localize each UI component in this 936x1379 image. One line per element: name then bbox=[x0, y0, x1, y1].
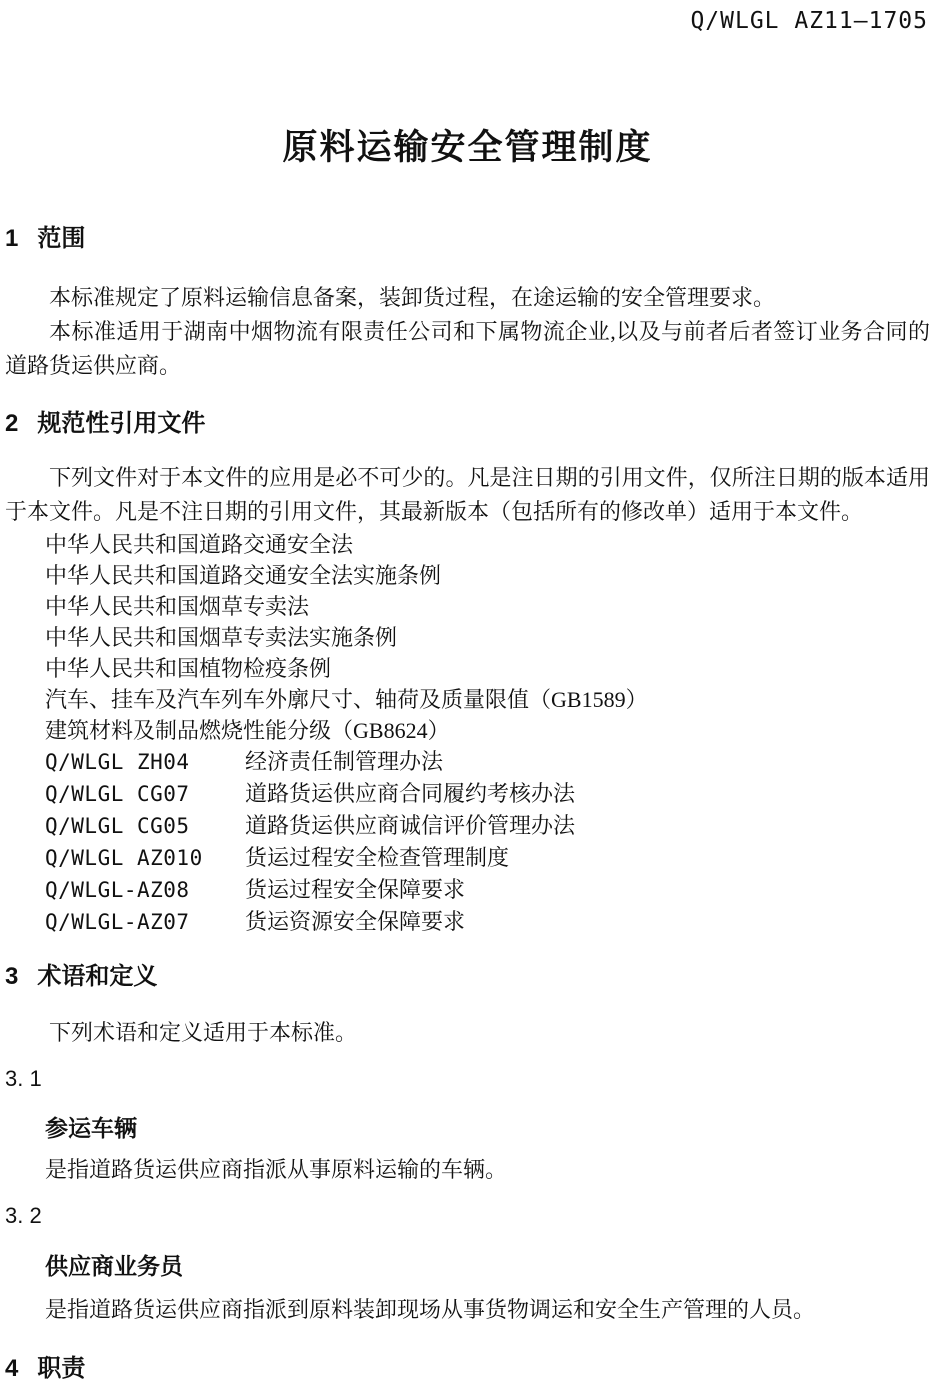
term-3-2-name: 供应商业务员 bbox=[5, 1248, 930, 1281]
term-3-2-definition: 是指道路货运供应商指派到原料装卸现场从事货物调运和安全生产管理的人员。 bbox=[5, 1293, 930, 1327]
document-title: 原料运输安全管理制度 bbox=[5, 120, 930, 170]
reference-item: Q/WLGL ZH04经济责任制管理办法 bbox=[5, 746, 930, 778]
section-2-intro: 下列文件对于本文件的应用是必不可少的。凡是注日期的引用文件，仅所注日期的版本适用… bbox=[5, 461, 930, 529]
section-1-heading: 1范围 bbox=[5, 218, 930, 253]
section-4-number: 4 bbox=[5, 1355, 18, 1379]
section-2-number: 2 bbox=[5, 410, 18, 438]
standard-title: 道路货运供应商合同履约考核办法 bbox=[245, 781, 575, 806]
section-1-title: 范围 bbox=[37, 225, 85, 252]
reference-item: Q/WLGL CG07道路货运供应商合同履约考核办法 bbox=[5, 778, 930, 810]
reference-item: 中华人民共和国烟草专卖法 bbox=[5, 591, 930, 622]
reference-item: Q/WLGL AZ010货运过程安全检查管理制度 bbox=[5, 842, 930, 874]
standard-title: 货运资源安全保障要求 bbox=[245, 909, 465, 934]
section-4-heading: 4职责 bbox=[5, 1348, 930, 1379]
term-3-1-number: 3. 1 bbox=[5, 1066, 930, 1092]
section-2-heading: 2规范性引用文件 bbox=[5, 403, 930, 438]
term-3-2-number: 3. 2 bbox=[5, 1203, 930, 1229]
section-1-number: 1 bbox=[5, 225, 18, 253]
section-3-intro: 下列术语和定义适用于本标准。 bbox=[5, 1016, 930, 1050]
section-2-title: 规范性引用文件 bbox=[37, 410, 205, 437]
section-1-paragraph-1: 本标准规定了原料运输信息备案，装卸货过程，在途运输的安全管理要求。 bbox=[5, 281, 930, 315]
doc-number: Q/WLGL AZ11—1705 bbox=[690, 8, 928, 34]
reference-item: 建筑材料及制品燃烧性能分级（GB8624） bbox=[5, 715, 930, 746]
standard-code: Q/WLGL ZH04 bbox=[45, 747, 245, 778]
section-4-title: 职责 bbox=[37, 1355, 85, 1379]
reference-item: Q/WLGL CG05道路货运供应商诚信评价管理办法 bbox=[5, 810, 930, 842]
reference-item: Q/WLGL-AZ08货运过程安全保障要求 bbox=[5, 874, 930, 906]
reference-item: 中华人民共和国烟草专卖法实施条例 bbox=[5, 622, 930, 653]
term-3-1-name: 参运车辆 bbox=[5, 1110, 930, 1143]
reference-item: 中华人民共和国植物检疫条例 bbox=[5, 653, 930, 684]
section-1-paragraph-2: 本标准适用于湖南中烟物流有限责任公司和下属物流企业,以及与前者后者签订业务合同的… bbox=[5, 315, 930, 383]
standard-code: Q/WLGL CG07 bbox=[45, 779, 245, 810]
section-3-heading: 3术语和定义 bbox=[5, 956, 930, 991]
reference-item: 汽车、挂车及汽车列车外廓尺寸、轴荷及质量限值（GB1589） bbox=[5, 684, 930, 715]
section-3-title: 术语和定义 bbox=[37, 963, 157, 990]
standard-title: 货运过程安全检查管理制度 bbox=[245, 845, 509, 870]
standard-code: Q/WLGL-AZ08 bbox=[45, 875, 245, 906]
standard-title: 经济责任制管理办法 bbox=[245, 749, 443, 774]
standard-title: 道路货运供应商诚信评价管理办法 bbox=[245, 813, 575, 838]
standard-code: Q/WLGL CG05 bbox=[45, 811, 245, 842]
section-3-number: 3 bbox=[5, 963, 18, 991]
term-3-1-definition: 是指道路货运供应商指派从事原料运输的车辆。 bbox=[5, 1153, 930, 1187]
standard-code: Q/WLGL-AZ07 bbox=[45, 907, 245, 938]
standard-title: 货运过程安全保障要求 bbox=[245, 877, 465, 902]
reference-item: 中华人民共和国道路交通安全法实施条例 bbox=[5, 560, 930, 591]
reference-item: 中华人民共和国道路交通安全法 bbox=[5, 529, 930, 560]
reference-list: 中华人民共和国道路交通安全法 中华人民共和国道路交通安全法实施条例 中华人民共和… bbox=[5, 529, 930, 938]
document-page: Q/WLGL AZ11—1705 原料运输安全管理制度 1范围 本标准规定了原料… bbox=[0, 0, 936, 1379]
standard-code: Q/WLGL AZ010 bbox=[45, 843, 245, 874]
reference-item: Q/WLGL-AZ07货运资源安全保障要求 bbox=[5, 906, 930, 938]
